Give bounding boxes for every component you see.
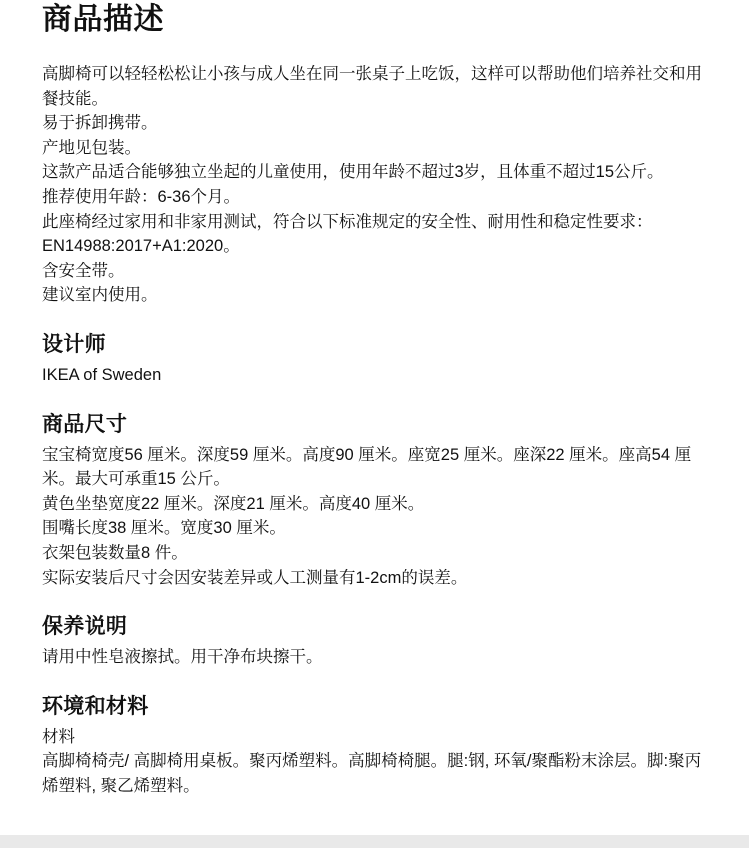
dimensions-heading: 商品尺寸 bbox=[42, 411, 708, 439]
designer-text: IKEA of Sweden bbox=[42, 363, 708, 388]
description-line: 含安全带。 bbox=[42, 259, 708, 284]
section-designer: 设计师 IKEA of Sweden bbox=[42, 331, 708, 388]
materials-text: 材料 高脚椅椅壳/ 高脚椅用桌板。聚丙烯塑料。高脚椅椅腿。腿:钢, 环氧/聚酯粉… bbox=[42, 725, 708, 799]
description-line: EN14988:2017+A1:2020。 bbox=[42, 234, 708, 259]
page-title: 商品描述 bbox=[42, 0, 708, 40]
dimension-line: 黄色坐垫宽度22 厘米。深度21 厘米。高度40 厘米。 bbox=[42, 492, 708, 517]
bottom-divider-bar bbox=[0, 835, 749, 848]
description-line: 此座椅经过家用和非家用测试，符合以下标准规定的安全性、耐用性和稳定性要求： bbox=[42, 210, 708, 235]
dimension-line: 宝宝椅宽度56 厘米。深度59 厘米。高度90 厘米。座宽25 厘米。座深22 … bbox=[42, 443, 708, 492]
description-line: 高脚椅可以轻轻松松让小孩与成人坐在同一张桌子上吃饭，这样可以帮助他们培养社交和用… bbox=[42, 62, 708, 111]
care-text: 请用中性皂液擦拭。用干净布块擦干。 bbox=[42, 645, 708, 670]
dimension-line: 衣架包装数量8 件。 bbox=[42, 541, 708, 566]
designer-heading: 设计师 bbox=[42, 331, 708, 359]
dimension-line: 围嘴长度38 厘米。宽度30 厘米。 bbox=[42, 516, 708, 541]
dimensions-text: 宝宝椅宽度56 厘米。深度59 厘米。高度90 厘米。座宽25 厘米。座深22 … bbox=[42, 443, 708, 591]
care-line: 请用中性皂液擦拭。用干净布块擦干。 bbox=[42, 645, 708, 670]
description-line: 建议室内使用。 bbox=[42, 283, 708, 308]
materials-line: 高脚椅椅壳/ 高脚椅用桌板。聚丙烯塑料。高脚椅椅腿。腿:钢, 环氧/聚酯粉末涂层… bbox=[42, 749, 708, 798]
section-care: 保养说明 请用中性皂液擦拭。用干净布块擦干。 bbox=[42, 613, 708, 670]
section-dimensions: 商品尺寸 宝宝椅宽度56 厘米。深度59 厘米。高度90 厘米。座宽25 厘米。… bbox=[42, 411, 708, 591]
materials-line: 材料 bbox=[42, 725, 708, 750]
description-line: 易于拆卸携带。 bbox=[42, 111, 708, 136]
materials-heading: 环境和材料 bbox=[42, 693, 708, 721]
description-line: 产地见包装。 bbox=[42, 136, 708, 161]
description-text: 高脚椅可以轻轻松松让小孩与成人坐在同一张桌子上吃饭，这样可以帮助他们培养社交和用… bbox=[42, 62, 708, 308]
description-line: 这款产品适合能够独立坐起的儿童使用，使用年龄不超过3岁，且体重不超过15公斤。 bbox=[42, 160, 708, 185]
designer-line: IKEA of Sweden bbox=[42, 363, 708, 388]
product-description-page: 商品描述 高脚椅可以轻轻松松让小孩与成人坐在同一张桌子上吃饭，这样可以帮助他们培… bbox=[0, 0, 749, 798]
dimension-line: 实际安装后尺寸会因安装差异或人工测量有1-2cm的误差。 bbox=[42, 566, 708, 591]
description-line: 推荐使用年龄：6-36个月。 bbox=[42, 185, 708, 210]
section-materials: 环境和材料 材料 高脚椅椅壳/ 高脚椅用桌板。聚丙烯塑料。高脚椅椅腿。腿:钢, … bbox=[42, 693, 708, 799]
care-heading: 保养说明 bbox=[42, 613, 708, 641]
